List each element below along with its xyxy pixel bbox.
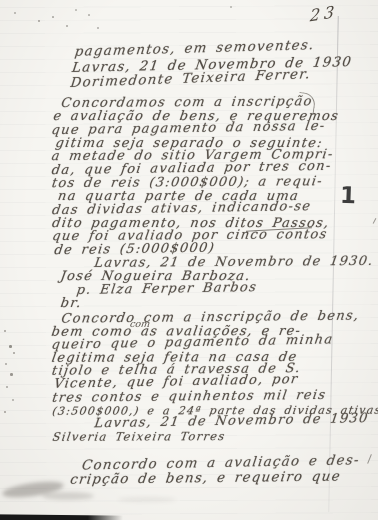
paper-speckle — [97, 27, 99, 29]
paper-speckle — [12, 399, 14, 401]
paper-speckle — [4, 411, 6, 413]
paper-speckle — [38, 20, 40, 22]
page-number: 23 — [309, 2, 339, 26]
paper-speckle — [6, 386, 8, 388]
handwriting-block-second-declaration: Concordo com a inscripção de bens,bem co… — [51, 309, 378, 443]
paper-speckle — [5, 363, 7, 365]
paper-speckle — [10, 373, 13, 376]
handwriting-line: p. Elza Ferper Barbos — [76, 279, 375, 297]
ink-smudge — [118, 497, 176, 502]
paper-speckle — [88, 14, 90, 16]
handwriting-line: das dividas ativas, indicando-se — [51, 199, 374, 217]
ink-smudge — [42, 492, 94, 500]
scanner-edge-bar — [0, 514, 123, 520]
handwriting-line: Silveria Teixeira Torres — [52, 429, 378, 443]
handwriting-block-first-declaration: Concordamos com a inscripçãoe avaliação … — [51, 95, 374, 311]
paper-speckle — [75, 9, 77, 11]
paper-speckle — [66, 25, 68, 27]
handwriting-line: que para pagamento da nossa le- — [51, 119, 374, 137]
stray-ink-tick — [367, 454, 372, 464]
handwriting-block-third-declaration: Concordo com a avaliação e des-cripção d… — [70, 454, 360, 488]
handwriting-line: Concordamos com a inscripção — [60, 95, 373, 111]
paper-speckle — [230, 6, 232, 8]
paper-speckle — [52, 16, 54, 18]
paper-speckle — [14, 12, 16, 14]
handwriting-line: tres contos e quinhentos mil reis — [51, 388, 378, 405]
handwriting-block-prior-closing: pagamentos, em semoventes.Lavras, 21 de … — [69, 37, 353, 92]
paper-speckle — [13, 352, 15, 354]
handwriting-line: cripção de bens, e requeiro que — [69, 471, 361, 489]
paper-speckle — [9, 345, 12, 348]
paper-speckle — [4, 330, 6, 332]
handwriting-line: Lavras, 21 de Novembro de 1930. — [93, 255, 374, 270]
scanned-manuscript-page: 23 1 pagamentos, em semoventes.Lavras, 2… — [0, 0, 378, 520]
